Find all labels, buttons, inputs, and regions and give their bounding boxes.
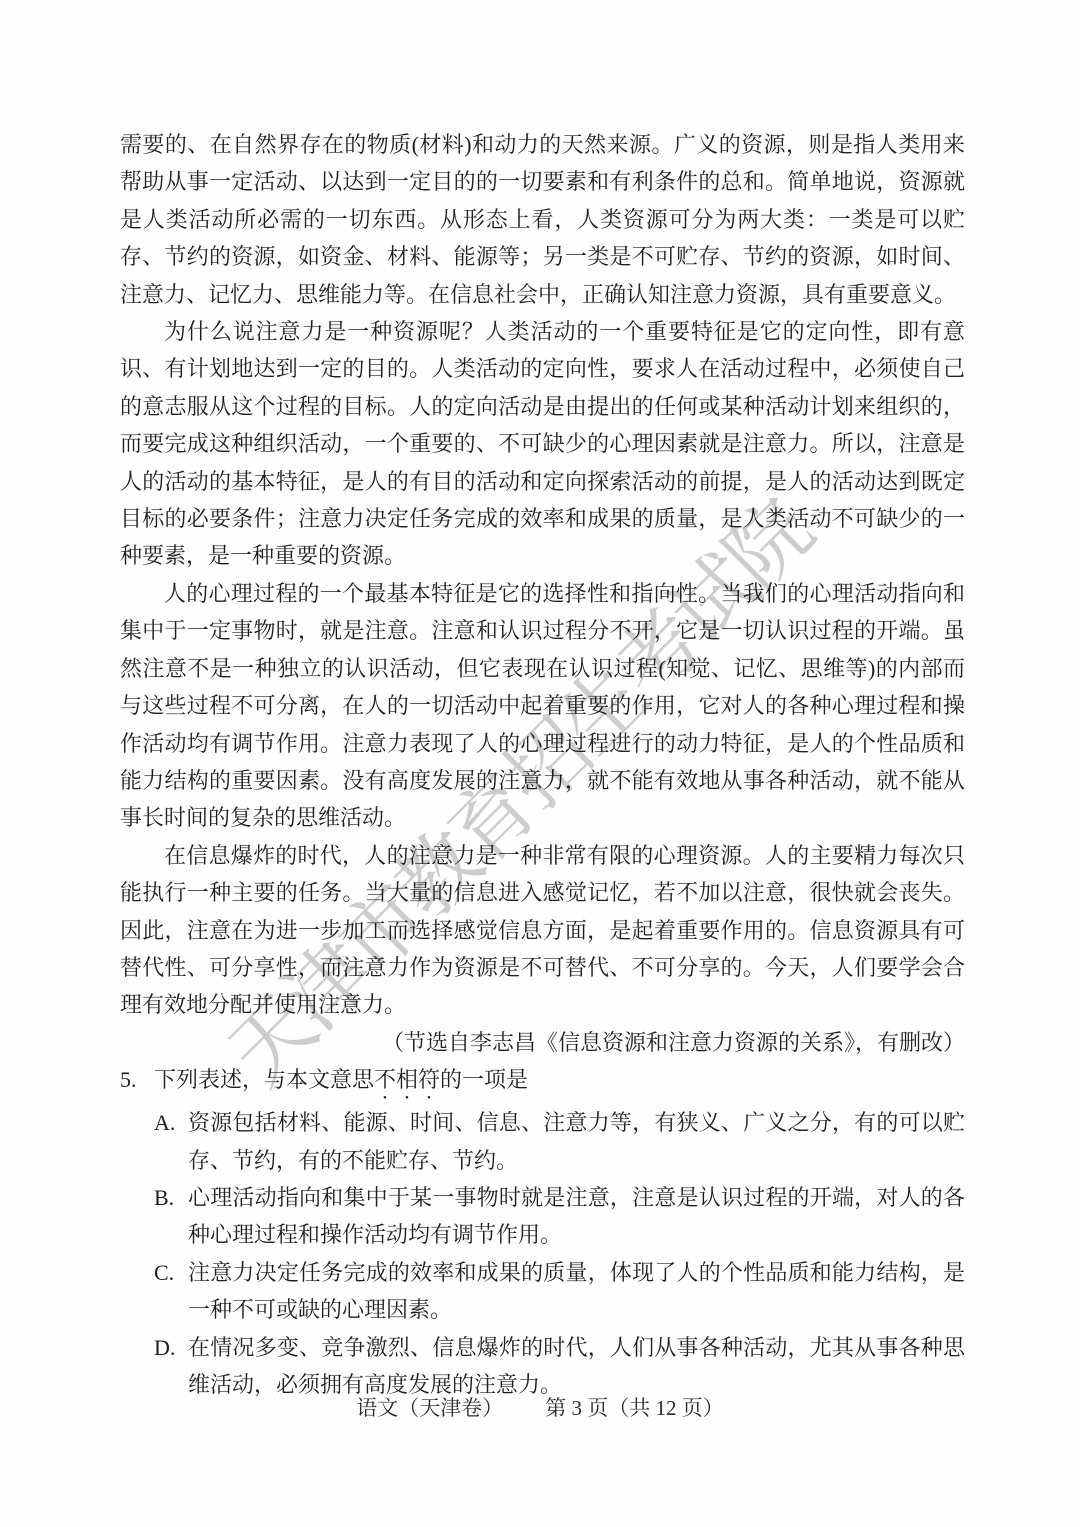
footer-page-indicator: 第 3 页（共 12 页）	[545, 1392, 724, 1422]
option-a: A. 资源包括材料、能源、时间、信息、注意力等，有狭义、广义之分，有的可以贮存、…	[154, 1104, 965, 1179]
exam-paper-page: 天津市教育招生考试院 需要的、在自然界存在的物质(材料)和动力的天然来源。广义的…	[0, 0, 1080, 1527]
question-number: 5.	[120, 1061, 154, 1104]
passage-paragraph-4: 在信息爆炸的时代，人的注意力是一种非常有限的心理资源。人的主要精力每次只能执行一…	[120, 837, 965, 1024]
option-a-text: 资源包括材料、能源、时间、信息、注意力等，有狭义、广义之分，有的可以贮存、节约，…	[188, 1104, 965, 1179]
passage-attribution: （节选自李志昌《信息资源和注意力资源的关系》，有删改）	[120, 1024, 965, 1061]
question-prompt-suffix: 的一项是	[440, 1067, 528, 1092]
question-prompt: 下列表述，与本文意思不相符的一项是	[154, 1061, 965, 1104]
question-options: A. 资源包括材料、能源、时间、信息、注意力等，有狭义、广义之分，有的可以贮存、…	[120, 1104, 965, 1403]
option-a-label: A.	[154, 1104, 188, 1179]
question-prompt-row: 5. 下列表述，与本文意思不相符的一项是	[120, 1061, 965, 1104]
footer-paper-title: 语文（天津卷）	[356, 1392, 503, 1422]
page-content: 需要的、在自然界存在的物质(材料)和动力的天然来源。广义的资源，则是指人类用来帮…	[120, 126, 965, 1403]
option-b: B. 心理活动指向和集中于某一事物时就是注意，注意是认识过程的开端，对人的各种心…	[154, 1179, 965, 1254]
option-b-text: 心理活动指向和集中于某一事物时就是注意，注意是认识过程的开端，对人的各种心理过程…	[188, 1179, 965, 1254]
option-c: C. 注意力决定任务完成的效率和成果的质量，体现了人的个性品质和能力结构，是一种…	[154, 1254, 965, 1329]
page-footer: 语文（天津卷） 第 3 页（共 12 页）	[0, 1392, 1080, 1422]
question-prompt-emphasis: 不相符	[374, 1067, 440, 1092]
question-prompt-prefix: 下列表述，与本文意思	[154, 1067, 374, 1092]
option-b-label: B.	[154, 1179, 188, 1254]
option-c-text: 注意力决定任务完成的效率和成果的质量，体现了人的个性品质和能力结构，是一种不可或…	[188, 1254, 965, 1329]
passage-paragraph-3: 人的心理过程的一个最基本特征是它的选择性和指向性。当我们的心理活动指向和集中于一…	[120, 575, 965, 837]
option-c-label: C.	[154, 1254, 188, 1329]
passage-paragraph-2: 为什么说注意力是一种资源呢？人类活动的一个重要特征是它的定向性，即有意识、有计划…	[120, 313, 965, 575]
passage-paragraph-1: 需要的、在自然界存在的物质(材料)和动力的天然来源。广义的资源，则是指人类用来帮…	[120, 126, 965, 313]
